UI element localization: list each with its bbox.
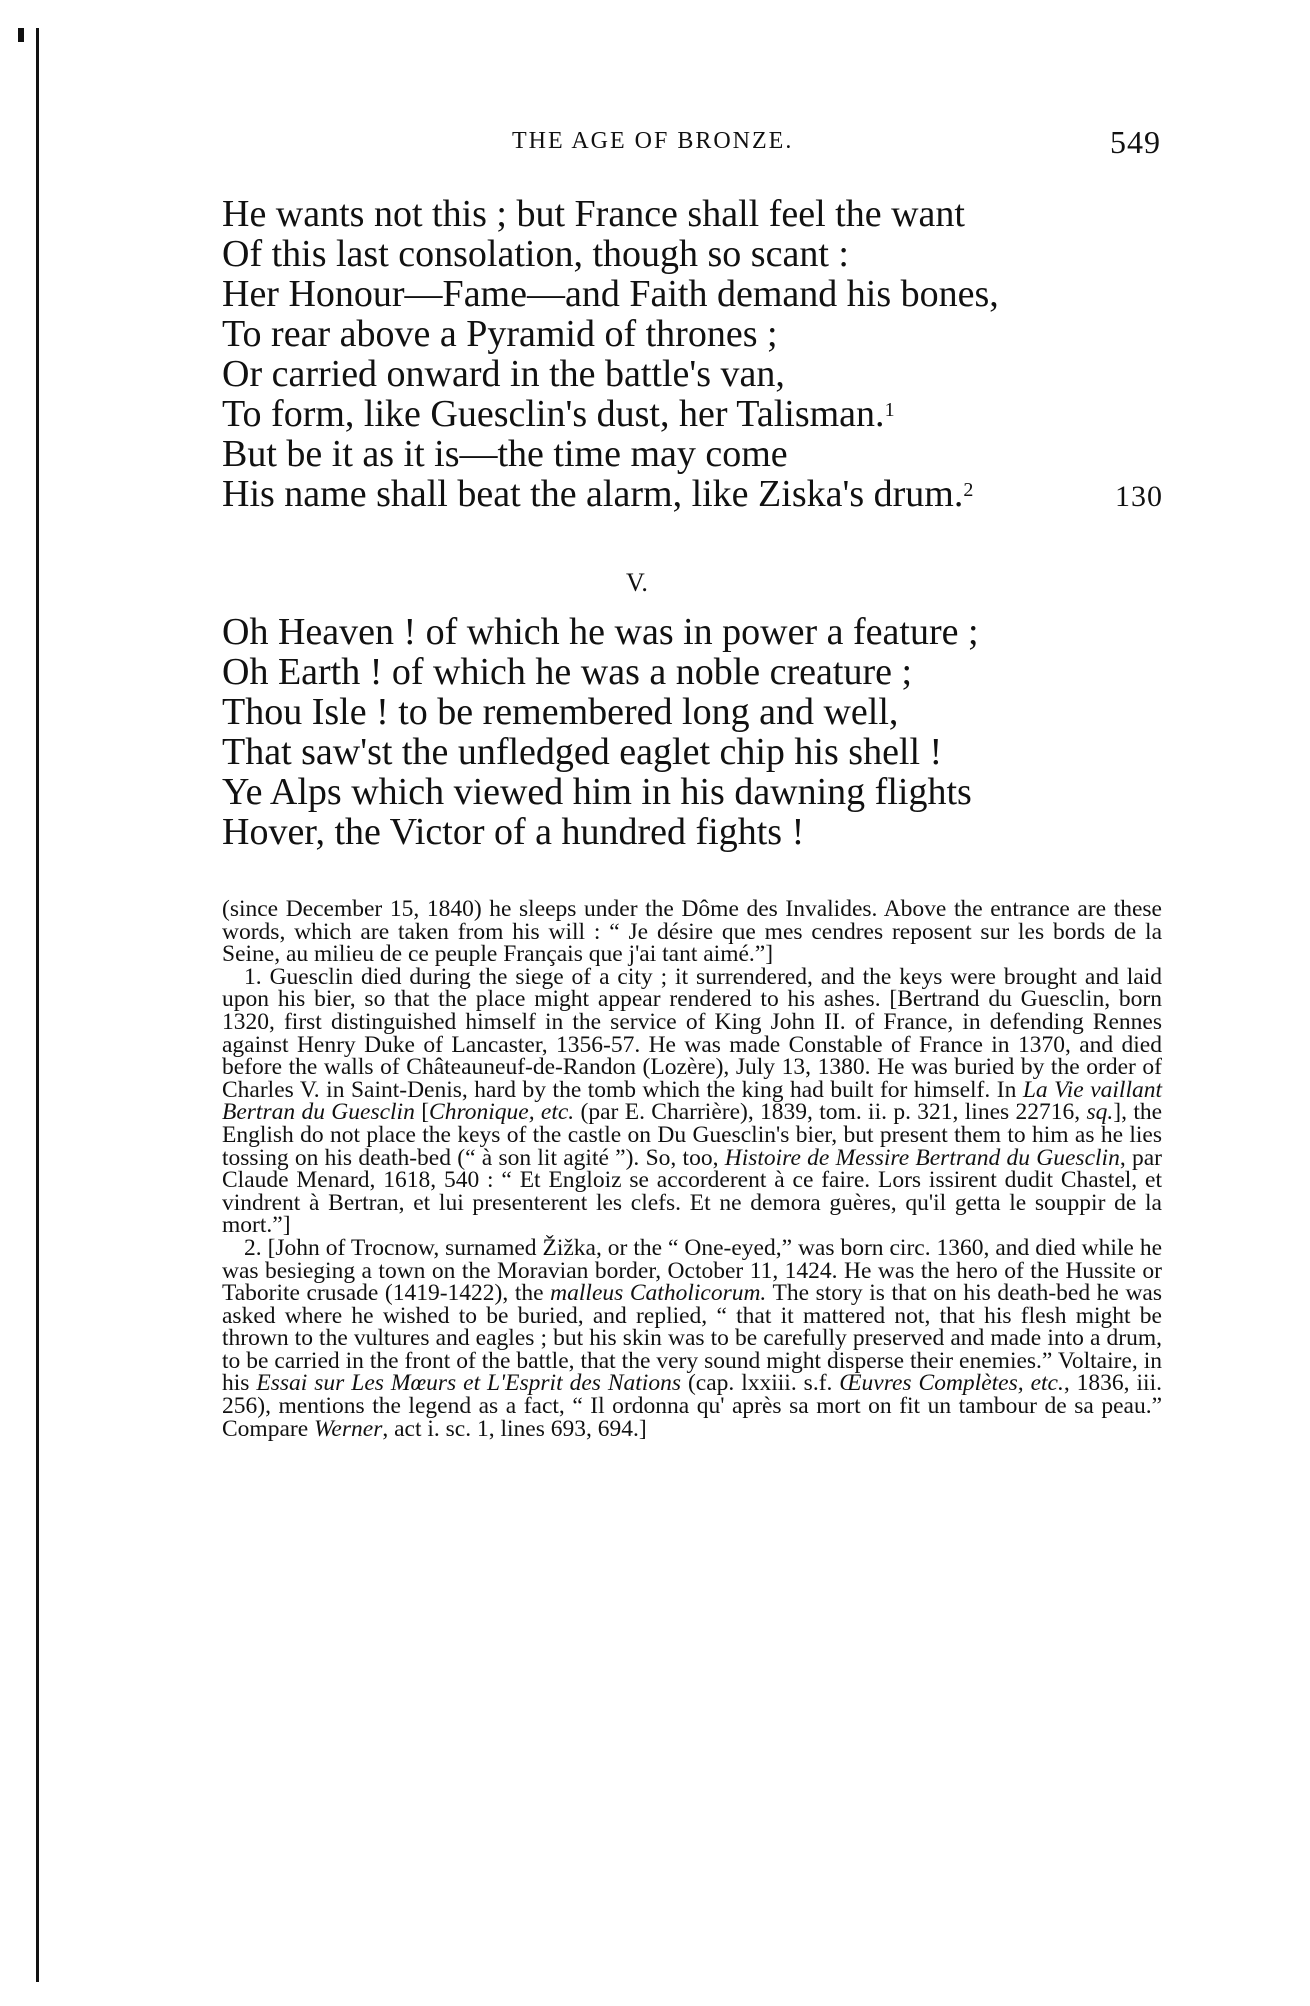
verse-line: Ye Alps which viewed him in his dawning …	[222, 772, 979, 812]
page-number: 549	[1110, 124, 1161, 161]
line-number: 130	[1115, 480, 1163, 514]
verse-line: But be it as it is—the time may come	[222, 434, 999, 474]
verse-line: He wants not this ; but France shall fee…	[222, 194, 999, 234]
scan-binding-edge	[36, 28, 39, 1982]
verse-line: His name shall beat the alarm, like Zisk…	[222, 474, 999, 514]
work-title: Werner	[314, 1416, 382, 1442]
running-title: THE AGE OF BRONZE.	[512, 128, 793, 155]
verse-line: To form, like Guesclin's dust, her Talis…	[222, 394, 999, 434]
verse-line: That saw'st the unfledged eaglet chip hi…	[222, 732, 979, 772]
footnotes: (since December 15, 1840) he sleeps unde…	[222, 898, 1162, 1440]
verse-line: Of this last consolation, though so scan…	[222, 234, 999, 274]
verse-line: To rear above a Pyramid of thrones ;	[222, 314, 999, 354]
verse-line: Or carried onward in the battle's van,	[222, 354, 999, 394]
footnote-continuation: (since December 15, 1840) he sleeps unde…	[222, 898, 1162, 966]
footnote-ref-2[interactable]: 2	[963, 479, 973, 501]
footnote-ref-1[interactable]: 1	[885, 399, 895, 421]
verse-line: Her Honour—Fame—and Faith demand his bon…	[222, 274, 999, 314]
stanza-v: Oh Heaven ! of which he was in power a f…	[222, 612, 979, 852]
verse-line: Oh Earth ! of which he was a noble creat…	[222, 652, 979, 692]
stanza-iv-ending: He wants not this ; but France shall fee…	[222, 194, 999, 514]
stanza-number: V.	[626, 568, 648, 598]
footnote-1: 1. Guesclin died during the siege of a c…	[222, 966, 1162, 1237]
verse-line: Oh Heaven ! of which he was in power a f…	[222, 612, 979, 652]
verse-line: Hover, the Victor of a hundred fights !	[222, 812, 979, 852]
footnote-2: 2. [John of Trocnow, surnamed Žižka, or …	[222, 1237, 1162, 1440]
verse-line: Thou Isle ! to be remembered long and we…	[222, 692, 979, 732]
scan-margin-mark	[18, 28, 24, 42]
